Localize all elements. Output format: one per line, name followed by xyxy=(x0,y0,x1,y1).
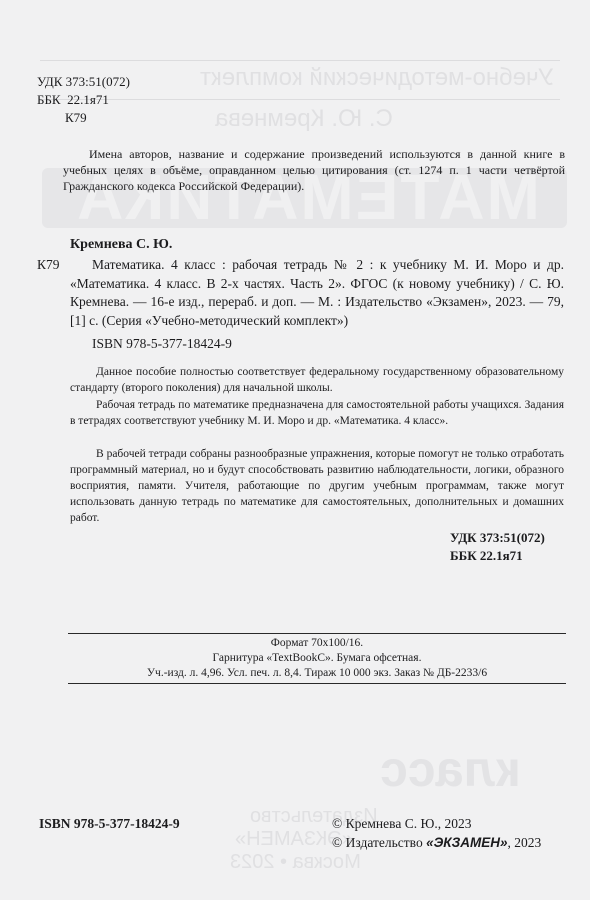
publisher-brand: «ЭКЗАМЕН» xyxy=(426,835,507,850)
imprint-typeface: Гарнитура «TextBookC». Бумага офсетная. xyxy=(68,651,566,666)
ghost-rule-bottom xyxy=(40,99,560,100)
annotation-paragraph-2: Рабочая тетрадь по математике предназнач… xyxy=(70,397,564,429)
isbn-footer: ISBN 978-5-377-18424-9 xyxy=(39,815,180,833)
author-mark-top: К79 xyxy=(65,109,87,127)
annotation-paragraph-3: В рабочей тетради собраны разнообразные … xyxy=(70,446,564,526)
ghost-grade-text: класс xyxy=(380,740,521,798)
imprint-rule-top xyxy=(68,633,566,634)
copyright-publisher: © Издательство «ЭКЗАМЕН», 2023 xyxy=(332,834,541,852)
annotation-paragraph-1: Данное пособие полностью соответствует ф… xyxy=(70,364,564,396)
ghost-author-text: С. Ю. Кремнева xyxy=(215,105,393,133)
ghost-series-text: Учебно-методический комплект xyxy=(200,64,554,92)
ghost-city-year: Москва • 2023 xyxy=(230,851,361,874)
copyright-publisher-suffix: , 2023 xyxy=(508,835,542,850)
isbn-record: ISBN 978-5-377-18424-9 xyxy=(92,335,232,353)
imprint-print-data: Уч.-изд. л. 4,96. Усл. печ. л. 8,4. Тира… xyxy=(68,666,566,681)
copyright-author: © Кремнева С. Ю., 2023 xyxy=(332,815,471,833)
copyright-publisher-prefix: © Издательство xyxy=(332,835,426,850)
udk-top: УДК 373:51(072) xyxy=(37,73,130,91)
bbk-bottom: ББК 22.1я71 xyxy=(450,547,523,564)
imprint-format: Формат 70x100/16. xyxy=(68,636,566,651)
rights-notice: Имена авторов, название и содержание про… xyxy=(63,146,565,194)
author-heading: Кремнева С. Ю. xyxy=(70,236,172,254)
ghost-rule-top xyxy=(40,60,560,61)
bbk-top: ББК 22.1я71 xyxy=(37,91,109,109)
udk-bottom: УДК 373:51(072) xyxy=(450,529,545,546)
imprint-rule-bottom xyxy=(68,683,566,684)
book-imprint-page: Учебно-методический комплект С. Ю. Кремн… xyxy=(0,0,590,900)
bibliographic-description: Математика. 4 класс : рабочая тетрадь № … xyxy=(70,256,564,330)
author-mark: К79 xyxy=(37,256,60,274)
